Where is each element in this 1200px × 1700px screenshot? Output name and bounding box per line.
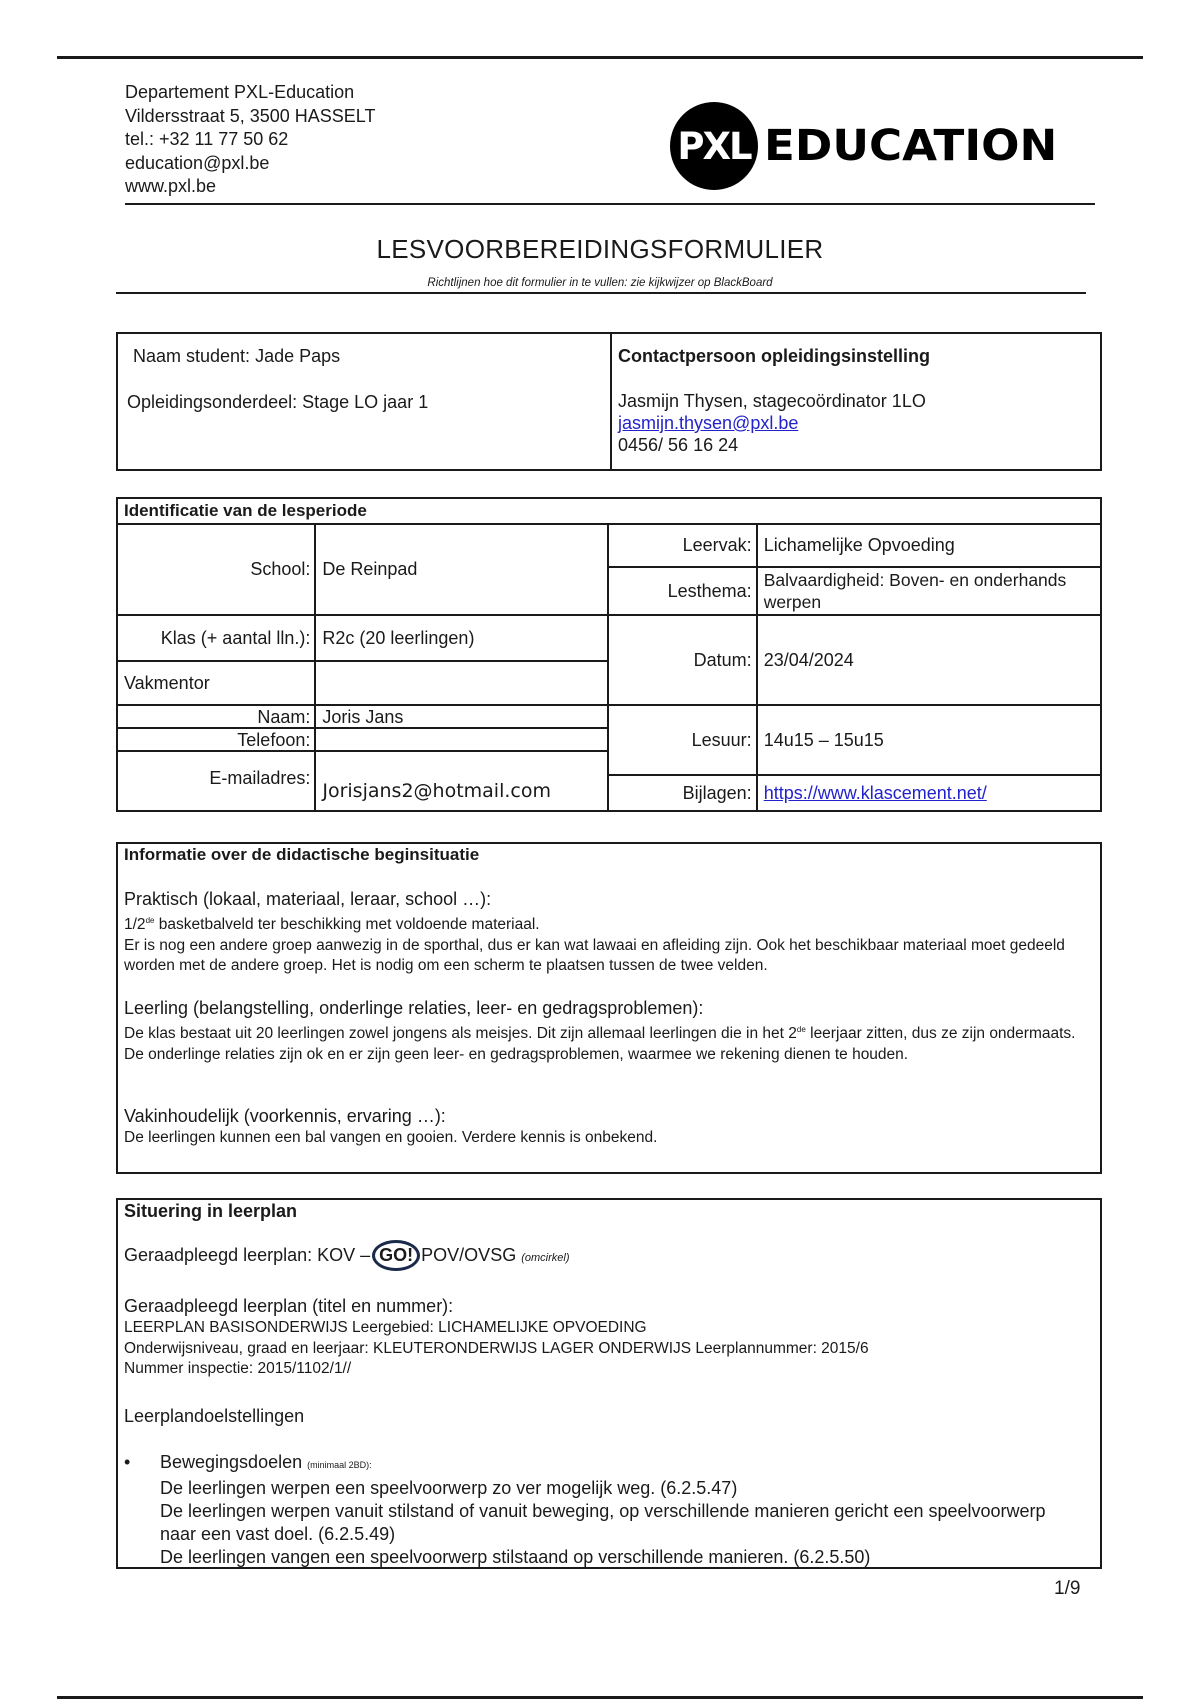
bullet-icon: •: [124, 1452, 130, 1473]
pupil-text: De klas bestaat uit 20 leerlingen zowel …: [124, 1020, 1080, 1065]
superscript: de: [797, 1025, 806, 1034]
date-value: 23/04/2024: [757, 615, 1101, 705]
consulted-prefix: Geraadpleegd leerplan: KOV –: [124, 1245, 370, 1265]
theme-label: Lesthema:: [608, 567, 757, 615]
plan-line: Nummer inspectie: 2015/1102/1//: [124, 1359, 1080, 1380]
subject-label: Leervak:: [608, 524, 757, 567]
attachments-link[interactable]: https://www.klascement.net/: [764, 783, 987, 803]
header-divider: [125, 203, 1095, 205]
address-line: education@pxl.be: [125, 152, 375, 176]
contact-column: Contactpersoon opleidingsinstelling Jasm…: [612, 334, 1100, 469]
titlenr-lines: LEERPLAN BASISONDERWIJS Leergebied: LICH…: [124, 1318, 1080, 1380]
contact-title: Contactpersoon opleidingsinstelling: [618, 345, 930, 367]
school-value: De Reinpad: [315, 524, 608, 615]
form-title-text: LESVOORBEREIDINGSFORMULIER: [377, 234, 824, 265]
beginsituatie-title: Informatie over de didactische beginsitu…: [124, 845, 479, 865]
contact-email-link[interactable]: jasmijn.thysen@pxl.be: [618, 412, 798, 434]
address-line: tel.: +32 11 77 50 62: [125, 128, 375, 152]
practical-text: 1/2de basketbalveld ter beschikking met …: [124, 911, 1080, 977]
date-label: Datum:: [608, 615, 757, 705]
mentor-phone-value: [315, 728, 608, 751]
goal-item: De leerlingen werpen vanuit stilstand of…: [160, 1500, 1060, 1546]
mentor-label: Vakmentor: [117, 661, 315, 705]
address-line: Departement PXL-Education: [125, 81, 375, 105]
titlenr-heading: Geraadpleegd leerplan (titel en nummer):: [124, 1296, 453, 1317]
address-line: www.pxl.be: [125, 175, 375, 199]
page-number: 1/9: [1054, 1578, 1080, 1600]
pupil-heading: Leerling (belangstelling, onderlinge rel…: [124, 998, 703, 1019]
identification-title: Identificatie van de lesperiode: [117, 498, 1101, 524]
course-unit: Opleidingsonderdeel: Stage LO jaar 1: [127, 391, 428, 413]
school-label: School:: [117, 524, 315, 615]
movement-goals: Bewegingsdoelen (minimaal 2BD): De leerl…: [160, 1451, 1060, 1569]
mentor-phone-label: Telefoon:: [117, 728, 315, 751]
text: basketbalveld ter beschikking met voldoe…: [154, 916, 539, 933]
practical-heading: Praktisch (lokaal, materiaal, leraar, sc…: [124, 889, 491, 910]
mentor-name-value: Joris Jans: [315, 705, 608, 728]
circled-go-option: GO!: [372, 1240, 420, 1271]
contact-name: Jasmijn Thysen, stagecoördinator 1LO: [618, 390, 926, 412]
leerplan-box: Situering in leerplan Geraadpleegd leerp…: [116, 1198, 1102, 1569]
content-heading: Vakinhoudelijk (voorkennis, ervaring …):: [124, 1106, 446, 1127]
student-info-box: Naam student: Jade Paps Opleidingsonderd…: [116, 332, 1102, 471]
bullet-note: (minimaal 2BD):: [307, 1460, 372, 1470]
form-subtitle: Richtlijnen hoe dit formulier in te vull…: [0, 277, 1200, 289]
pxl-education-logo: PXL EDUCATION: [670, 100, 1043, 192]
attachments-cell: https://www.klascement.net/: [757, 775, 1101, 811]
practical-line-1: 1/2de basketbalveld ter beschikking met …: [124, 911, 1080, 936]
plan-line: Onderwijsniveau, graad en leerjaar: KLEU…: [124, 1339, 1080, 1360]
logo-wordmark: EDUCATION: [764, 121, 1057, 171]
hour-value: 14u15 – 15u15: [757, 705, 1101, 775]
text: 1/2: [124, 916, 146, 933]
mentor-email-label: E-mailadres:: [117, 751, 315, 811]
attachments-label: Bijlagen:: [608, 775, 757, 811]
hour-label: Lesuur:: [608, 705, 757, 775]
address-line: Vildersstraat 5, 3500 HASSELT: [125, 105, 375, 129]
class-value: R2c (20 leerlingen): [315, 615, 608, 661]
class-label: Klas (+ aantal lln.):: [117, 615, 315, 661]
identification-table: Identificatie van de lesperiode School: …: [116, 497, 1102, 812]
student-name: Naam student: Jade Paps: [133, 345, 340, 367]
goal-item: De leerlingen vangen een speelvoorwerp s…: [160, 1546, 1060, 1569]
page-top-rule: [57, 56, 1143, 59]
practical-line-2: Er is nog een andere groep aanwezig in d…: [124, 936, 1080, 977]
pxl-badge-icon: PXL: [670, 102, 758, 190]
consulted-suffix: POV/OVSG: [421, 1245, 516, 1265]
title-divider: [116, 292, 1086, 294]
content-text: De leerlingen kunnen een bal vangen en g…: [124, 1128, 1080, 1149]
plan-line: LEERPLAN BASISONDERWIJS Leergebied: LICH…: [124, 1318, 1080, 1339]
goals-heading: Leerplandoelstellingen: [124, 1406, 304, 1427]
theme-value: Balvaardigheid: Boven- en onderhands wer…: [757, 567, 1101, 615]
mentor-email-value: Jorisjans2@hotmail.com: [315, 751, 608, 811]
mentor-value: [315, 661, 608, 705]
leerplan-title: Situering in leerplan: [124, 1201, 297, 1222]
goals-label: Bewegingsdoelen (minimaal 2BD):: [160, 1451, 1060, 1477]
mentor-name-label: Naam:: [117, 705, 315, 728]
circle-note: (omcirkel): [521, 1252, 569, 1264]
goal-item: De leerlingen werpen een speelvoorwerp z…: [160, 1477, 1060, 1500]
bullet-label: Bewegingsdoelen: [160, 1452, 302, 1472]
beginsituatie-box: Informatie over de didactische beginsitu…: [116, 842, 1102, 1174]
page-bottom-rule: [57, 1696, 1143, 1699]
form-title: LESVOORBEREIDINGSFORMULIER: [0, 234, 1200, 265]
student-column: Naam student: Jade Paps Opleidingsonderd…: [118, 334, 612, 469]
contact-phone: 0456/ 56 16 24: [618, 434, 738, 456]
subject-value: Lichamelijke Opvoeding: [757, 524, 1101, 567]
consulted-plan: Geraadpleegd leerplan: KOV –GO!POV/OVSG …: [124, 1240, 570, 1271]
department-address: Departement PXL-Education Vildersstraat …: [125, 81, 375, 199]
text: De klas bestaat uit 20 leerlingen zowel …: [124, 1025, 797, 1042]
